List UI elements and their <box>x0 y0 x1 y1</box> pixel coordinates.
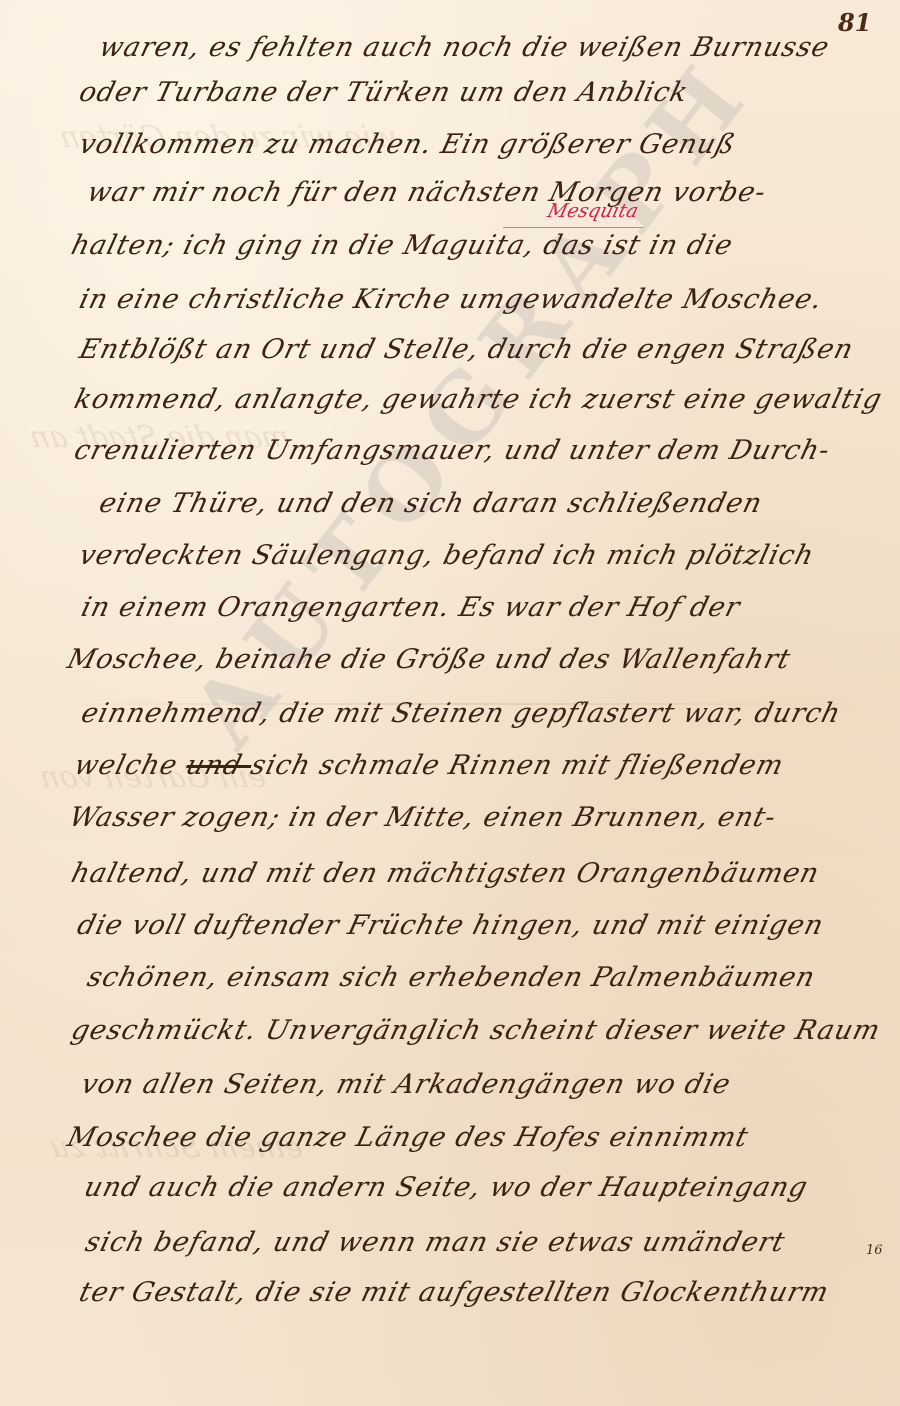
manuscript-line: geschmückt. Unvergänglich scheint dieser… <box>68 1015 884 1046</box>
page-number: 81 <box>838 8 871 37</box>
manuscript-line: waren, es fehlten auch noch die weißen B… <box>96 32 833 63</box>
manuscript-line: crenulierten Umfangsmauer, und unter dem… <box>71 435 833 466</box>
manuscript-line: eine Thüre, und den sich daran schließen… <box>96 488 766 519</box>
manuscript-line: Entblößt an Ort und Stelle, durch die en… <box>76 334 857 365</box>
manuscript-line: haltend, und mit den mächtigsten Orangen… <box>68 858 823 889</box>
manuscript-line: oder Turbane der Türken um den Anblick <box>76 77 691 108</box>
struck-word: und <box>183 750 255 781</box>
manuscript-line: in einem Orangengarten. Es war der Hof d… <box>78 592 744 623</box>
manuscript-line: Moschee die ganze Länge des Hofes einnim… <box>64 1122 752 1153</box>
manuscript-line: war mir noch für den nächsten Morgen vor… <box>84 177 769 208</box>
manuscript-line: schönen, einsam sich erhebenden Palmenbä… <box>84 962 819 993</box>
manuscript-line: die voll duftender Früchte hingen, und m… <box>74 910 827 941</box>
annotation-strike-line <box>503 227 643 228</box>
manuscript-line: ter Gestalt, die sie mit aufgestellten G… <box>76 1277 832 1308</box>
manuscript-line: halten; ich ging in die Maguita, das ist… <box>68 230 736 261</box>
manuscript-line: verdeckten Säulengang, befand ich mich p… <box>76 540 817 571</box>
manuscript-line: Wasser zogen; in der Mitte, einen Brunne… <box>66 802 779 833</box>
footnote-marker: 16 <box>866 1243 883 1258</box>
manuscript-line: von allen Seiten, mit Arkadengängen wo d… <box>78 1069 734 1100</box>
manuscript-line: und auch die andern Seite, wo der Haupte… <box>81 1172 811 1203</box>
manuscript-line: in eine christliche Kirche umgewandelte … <box>76 284 826 315</box>
manuscript-line: kommend, anlangte, gewahrte ich zuerst e… <box>71 384 885 415</box>
red-annotation: Mesquita <box>545 200 640 222</box>
manuscript-line: welche und sich schmale Rinnen mit fließ… <box>71 750 787 781</box>
manuscript-line: sich befand, und wenn man sie etwas umän… <box>82 1227 788 1258</box>
manuscript-line: Moschee, beinahe die Größe und des Walle… <box>64 644 794 675</box>
manuscript-line: vollkommen zu machen. Ein größerer Genuß <box>76 129 739 160</box>
manuscript-line: einnehmend, die mit Steinen gepflastert … <box>78 698 844 729</box>
